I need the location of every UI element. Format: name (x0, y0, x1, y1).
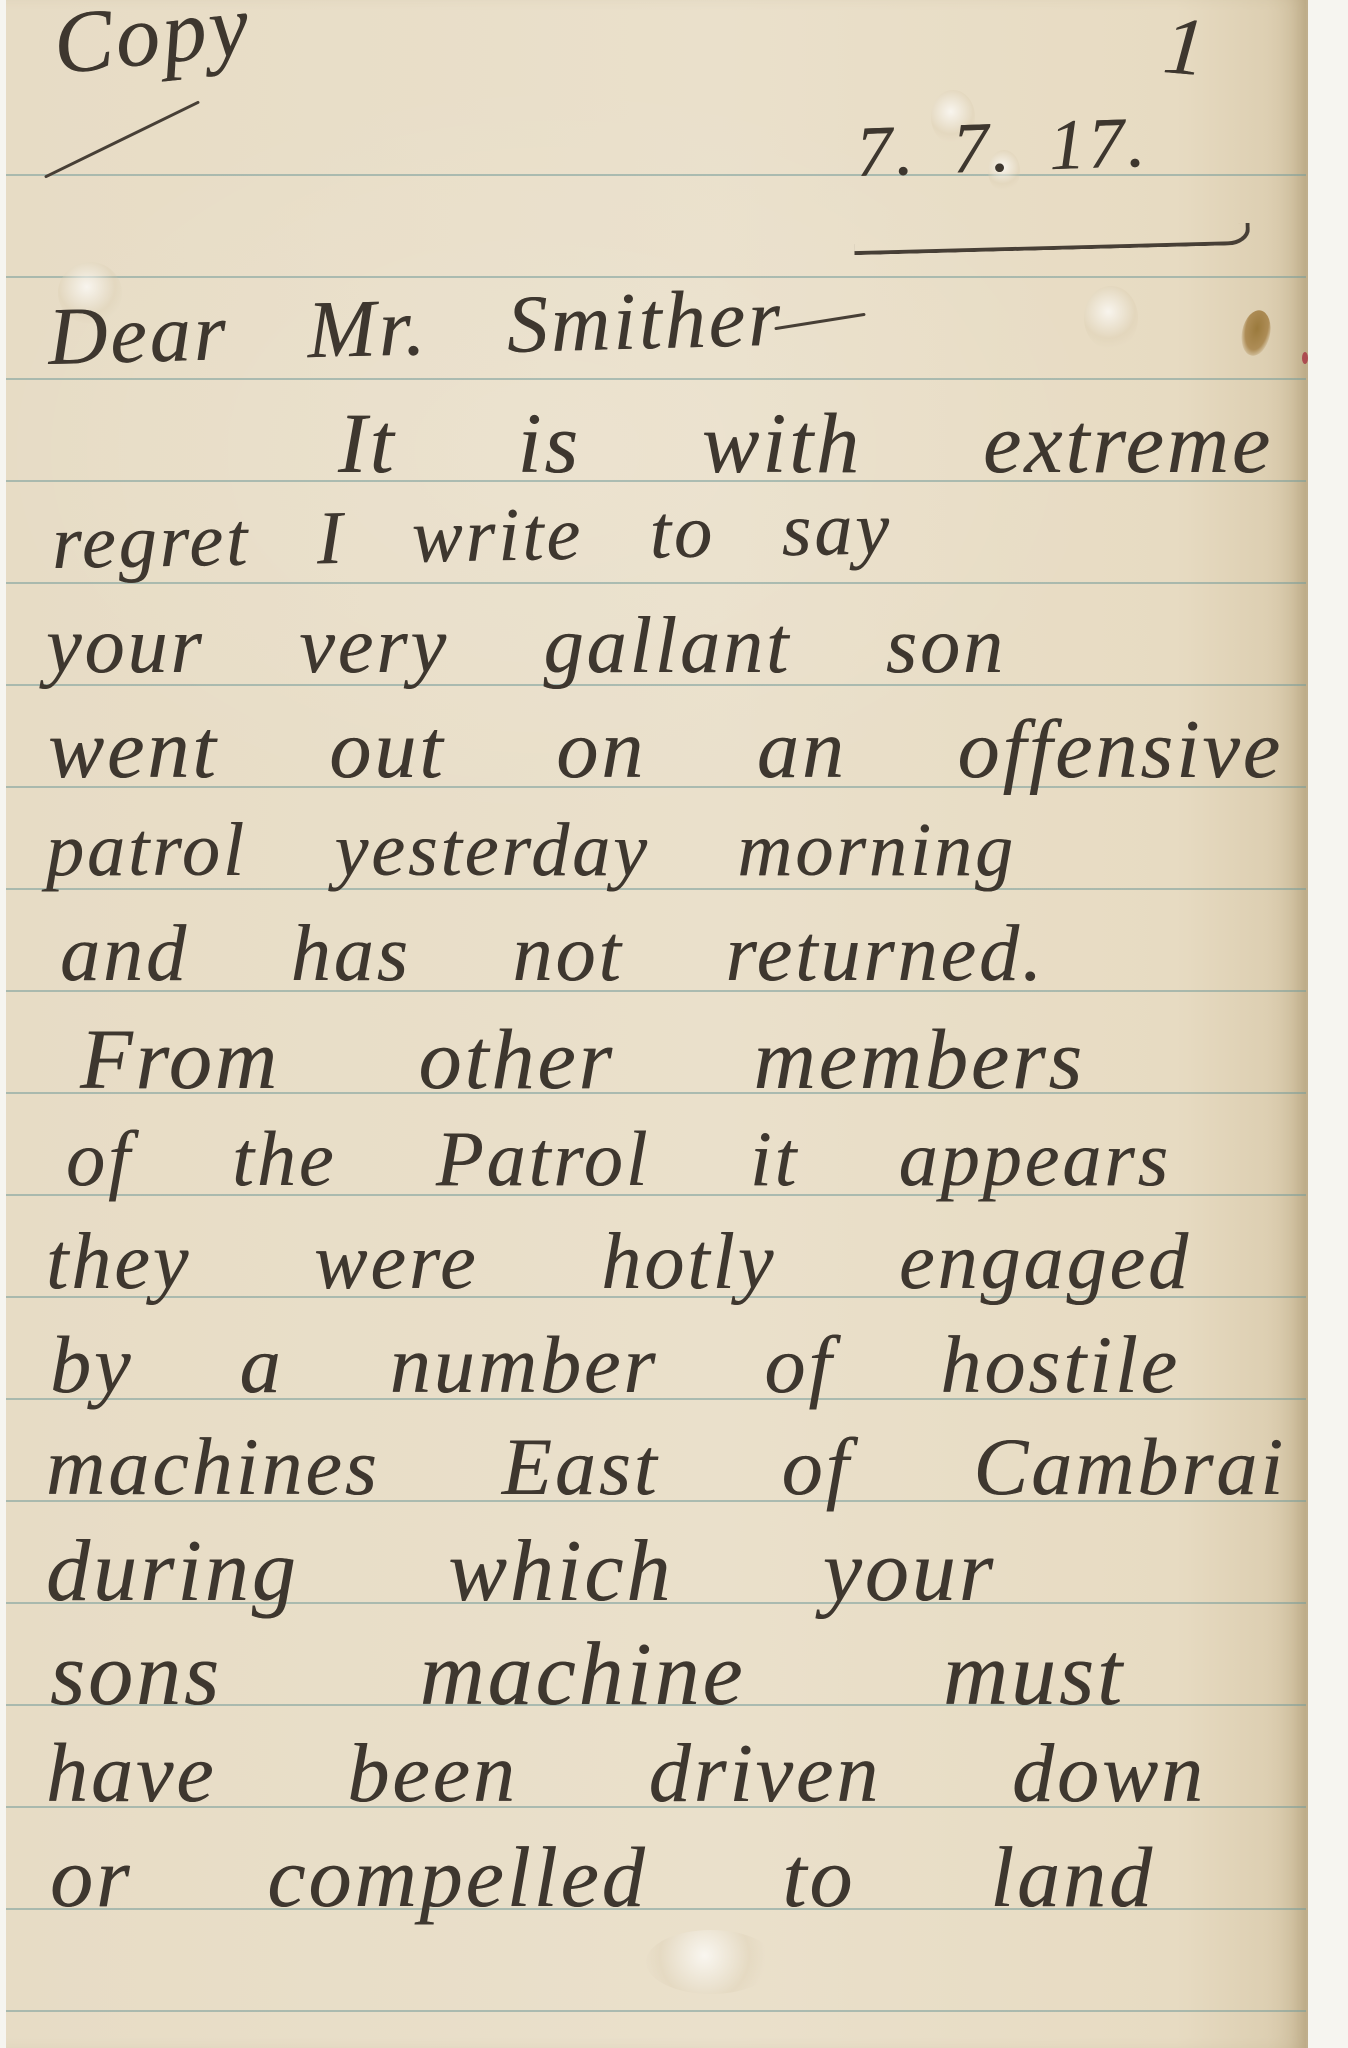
handwritten-line: during which your (46, 1528, 996, 1616)
handwritten-line: regret I write to say (51, 490, 892, 581)
letter-date: 7. 7. 17. (855, 106, 1149, 188)
handwritten-line: and has not returned. (60, 914, 1045, 994)
handwritten-line: went out on an offensive (48, 708, 1283, 792)
handwritten-line: From other members (80, 1016, 1085, 1102)
scanned-letter-page: { "document": { "type": "handwritten-let… (0, 0, 1348, 2048)
letter-paper: Copy 1 7. 7. 17. Dear Mr. Smither It is … (6, 0, 1308, 2048)
copy-annotation: Copy (49, 0, 277, 90)
handwritten-line: have been driven down (46, 1732, 1206, 1816)
handwritten-line: your very gallant son (46, 606, 1006, 686)
handwritten-line: sons machine must (50, 1630, 1125, 1720)
handwritten-line: machines East of Cambrai (46, 1426, 1286, 1508)
handwritten-line: patrol yesterday morning (46, 812, 1016, 888)
paper-dent (1084, 286, 1138, 350)
handwritten-line: It is with extreme (338, 400, 1273, 486)
red-speck (1302, 352, 1308, 364)
salutation: Dear Mr. Smither (47, 277, 784, 378)
handwritten-line: by a number of hostile (50, 1324, 1180, 1406)
page-number: 1 (1160, 4, 1217, 90)
handwritten-line: or compelled to land (50, 1834, 1155, 1920)
handwritten-line: they were hotly engaged (46, 1222, 1191, 1302)
handwritten-line: of the Patrol it appears (66, 1120, 1171, 1198)
copy-underline-flourish (44, 100, 200, 178)
paper-dent (646, 1930, 776, 1994)
